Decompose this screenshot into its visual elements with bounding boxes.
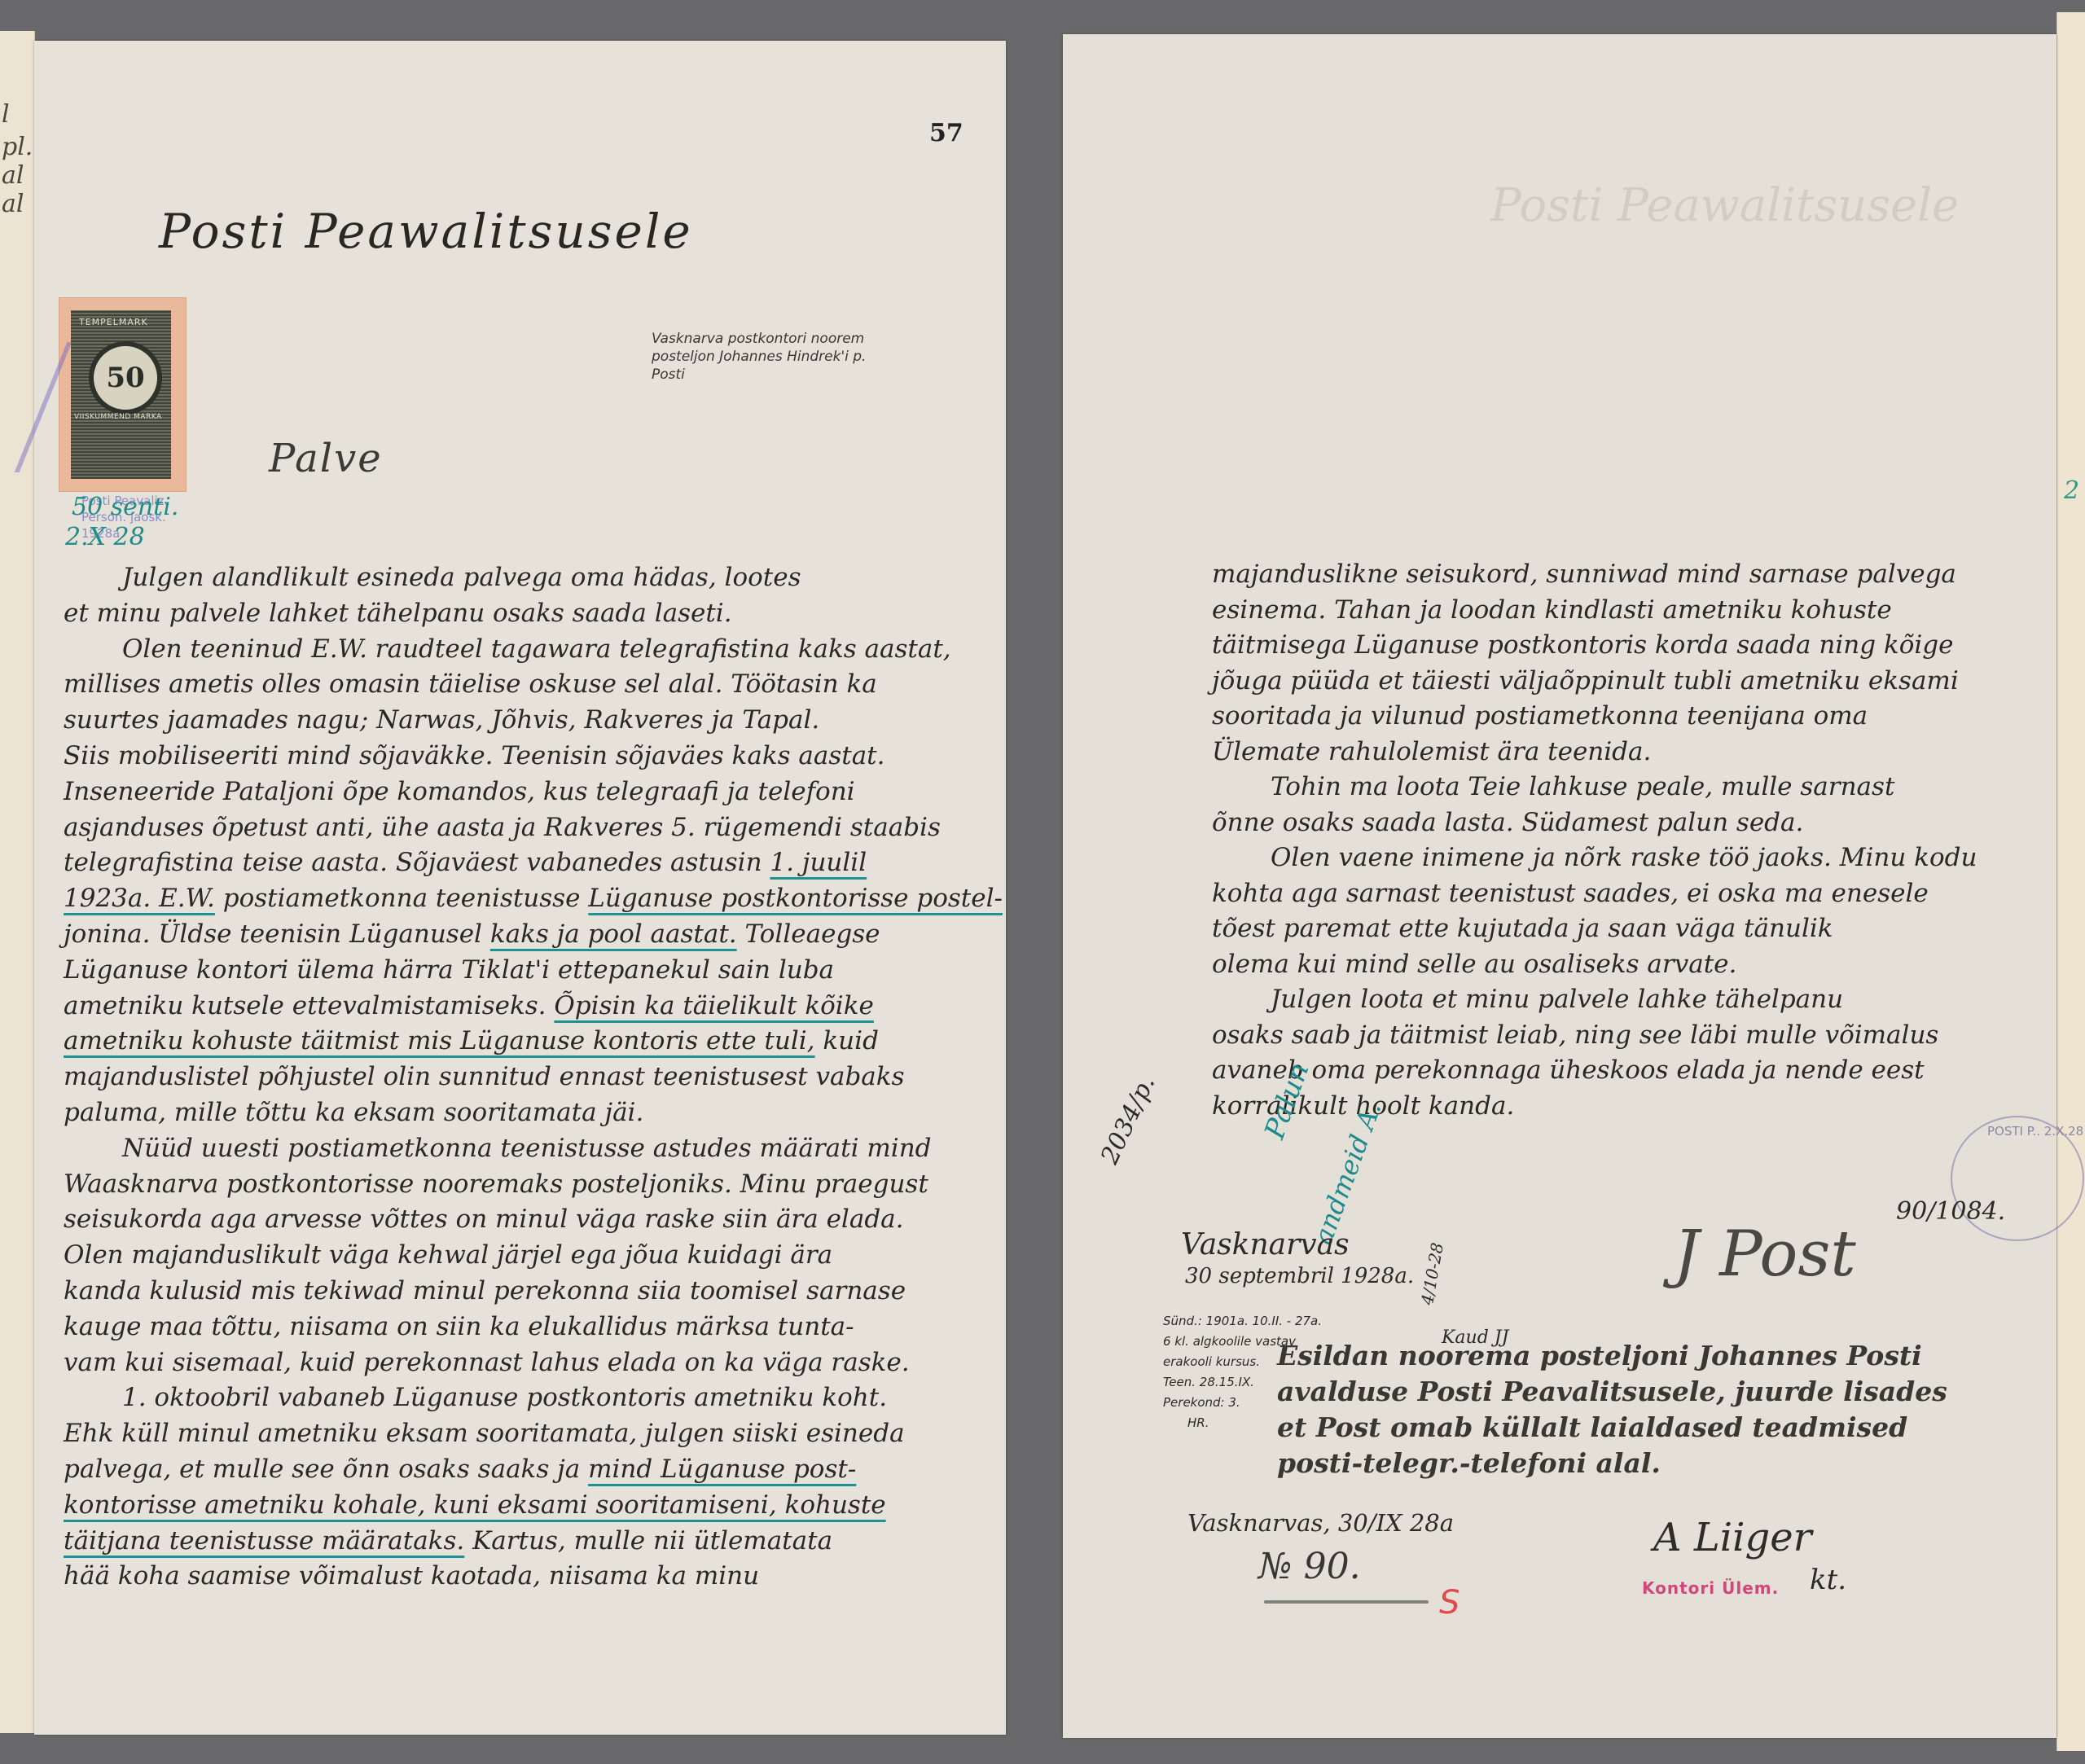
text-line: sooritada ja vilunud postiametkonna teen… (1212, 699, 2059, 735)
reference-number: 90/1084. (1896, 1197, 2005, 1226)
underlined-text: Õpisin ka täielikult kõike (554, 991, 873, 1020)
text-segment: ametniku kutsele ettevalmistamiseks. (64, 991, 554, 1020)
text-segment: Julgen loota et minu palvele lahke tähel… (1271, 985, 1843, 1014)
margin-fragment: al (2, 190, 24, 218)
sender-line: Posti (652, 366, 994, 384)
text-line: Lüganuse kontori ülema härra Tiklat'i et… (64, 953, 992, 989)
text-segment: esinema. Tahan ja loodan kindlasti ametn… (1212, 595, 1892, 625)
text-segment: asjanduses õpetust anti, ühe aasta ja Ra… (64, 813, 941, 842)
next-page-edge (2056, 12, 2085, 1751)
text-line: Tohin ma loota Teie lahkuse peale, mulle… (1212, 770, 2059, 805)
text-line: hää koha saamise võimalust kaotada, niis… (64, 1559, 992, 1595)
next-page-mark: 2 (2064, 476, 2079, 505)
text-line: jonina. Üldse teenisin Lüganusel kaks ja… (64, 917, 992, 953)
date: 30 septembril 1928a. (1185, 1264, 1414, 1288)
text-line: Julgen loota et minu palvele lahke tähel… (1212, 982, 2059, 1018)
text-line: suurtes jaamades nagu; Narwas, Jõhvis, R… (64, 703, 992, 739)
text-segment: postiametkonna teenistusse (215, 884, 588, 913)
text-line: kohta aga sarnast teenistust saades, ei … (1212, 876, 2059, 912)
date-annotation: 2.X 28 (65, 523, 145, 551)
text-segment: Olen teeninud E.W. raudteel tagawara tel… (122, 634, 951, 664)
text-segment: Waasknarva postkontorisse nooremaks post… (64, 1169, 928, 1199)
document-heading: Palve (269, 436, 383, 481)
text-line: Inseneeride Pataljoni õpe komandos, kus … (64, 774, 992, 810)
text-line: 1. oktoobril vabaneb Lüganuse postkontor… (64, 1380, 992, 1416)
sender-line: posteljon Johannes Hindrek'i p. (652, 348, 994, 366)
text-line: ametniku kohuste täitmist mis Lüganuse k… (64, 1024, 992, 1060)
text-segment: millises ametis olles omasin täielise os… (64, 669, 877, 699)
text-segment: majanduslistel põhjustel olin sunnitud e… (64, 1062, 904, 1091)
text-segment: kauge maa tõttu, niisama on siin ka eluk… (64, 1312, 854, 1341)
page-number: 57 (929, 119, 963, 147)
text-line: majanduslikne seisukord, sunniwad mind s… (1212, 557, 2059, 593)
letter-body-left: Julgen alandlikult esineda palvega oma h… (64, 560, 992, 1595)
chief-signature: A Liiger (1653, 1515, 1812, 1560)
text-segment: õnne osaks saada lasta. Südamest palun s… (1212, 808, 1803, 837)
text-segment: kohta aga sarnast teenistust saades, ei … (1212, 879, 1929, 908)
closing-number: № 90. (1258, 1546, 1361, 1587)
text-line: korralikult hoolt kanda. (1212, 1089, 2059, 1125)
text-line: Ülemate rahulolemist ära teenida. (1212, 735, 2059, 770)
text-segment: Tolleaegse (737, 919, 880, 949)
text-segment: palvega, et mulle see õnn osaks saaks ja (64, 1455, 588, 1484)
text-segment: Siis mobiliseeriti mind sõjaväkke. Teeni… (64, 741, 884, 770)
forwarding-line: posti-telegr.-telefoni alal. (1277, 1446, 2059, 1481)
forwarding-line: et Post omab küllalt laialdased teadmise… (1277, 1410, 2059, 1446)
margin-fragment: pl. (2, 133, 33, 161)
underlined-text: ametniku kohuste täitmist mis Lüganuse k… (64, 1026, 815, 1055)
text-line: kanda kulusid mis tekiwad minul perekonn… (64, 1274, 992, 1310)
addressee-title: Posti Peawalitsusele (159, 204, 693, 259)
text-line: õnne osaks saada lasta. Südamest palun s… (1212, 805, 2059, 841)
text-line: majanduslistel põhjustel olin sunnitud e… (64, 1060, 992, 1095)
fee-annotation: 50 senti. (72, 493, 178, 521)
text-segment: Olen majanduslikult väga kehwal järjel e… (64, 1240, 832, 1270)
margin-fragment: l (2, 100, 10, 129)
text-segment: Olen vaene inimene ja nõrk raske töö jao… (1271, 843, 1977, 872)
stamp-top-text: TEMPELMARK (79, 317, 148, 327)
underlined-text: kontorisse ametniku kohale, kuni eksami … (64, 1490, 886, 1520)
text-line: Siis mobiliseeriti mind sõjaväkke. Teeni… (64, 739, 992, 774)
underlined-text: kaks ja pool aastat. (490, 919, 737, 949)
text-segment: kanda kulusid mis tekiwad minul perekonn… (64, 1276, 906, 1305)
underlined-text: täitjana teenistusse määrataks. (64, 1526, 464, 1556)
text-line: jõuga püüda et täiesti väljaõppinult tub… (1212, 664, 2059, 700)
text-line: tõest paremat ette kujutada ja saan väga… (1212, 911, 2059, 947)
text-line: et minu palvele lahket tähelpanu osaks s… (64, 596, 992, 632)
text-segment: jonina. Üldse teenisin Lüganusel (64, 919, 490, 949)
sender-block: Vasknarva postkontori noorem posteljon J… (652, 330, 994, 384)
forwarding-note: Esildan noorema posteljoni Johannes Post… (1277, 1338, 2059, 1481)
text-line: telegrafistina teise aasta. Sõjaväest va… (64, 845, 992, 881)
text-line: täitmisega Lüganuse postkontoris korda s… (1212, 628, 2059, 664)
underlined-text: mind Lüganuse post- (588, 1455, 856, 1484)
closing-underline (1264, 1600, 1429, 1604)
text-line: kontorisse ametniku kohale, kuni eksami … (64, 1488, 992, 1524)
text-segment: et minu palvele lahket tähelpanu osaks s… (64, 599, 732, 628)
underlined-text: 1. juulil (770, 848, 867, 877)
text-line: millises ametis olles omasin täielise os… (64, 667, 992, 703)
text-segment: avaneb oma perekonnaga üheskoos elada ja… (1212, 1055, 1925, 1085)
text-segment: hää koha saamise võimalust kaotada, niis… (64, 1561, 759, 1591)
text-line: vam kui sisemaal, kuid perekonnast lahus… (64, 1345, 992, 1381)
text-line: Julgen alandlikult esineda palvega oma h… (64, 560, 992, 596)
text-segment: Ülemate rahulolemist ära teenida. (1212, 737, 1651, 766)
text-line: Nüüd uuesti postiametkonna teenistusse a… (64, 1131, 992, 1167)
text-line: Olen majanduslikult väga kehwal järjel e… (64, 1238, 992, 1274)
text-segment: täitmisega Lüganuse postkontoris korda s… (1212, 630, 1953, 660)
text-line: Olen vaene inimene ja nõrk raske töö jao… (1212, 840, 2059, 876)
forwarding-line: Esildan noorema posteljoni Johannes Post… (1277, 1338, 2059, 1374)
text-segment: majanduslikne seisukord, sunniwad mind s… (1212, 559, 1956, 589)
underlined-text: 1923a. E.W. (64, 884, 215, 913)
text-segment: olema kui mind selle au osaliseks arvate… (1212, 950, 1736, 979)
note-line: Sünd.: 1901a. 10.II. - 27a. (1163, 1311, 1322, 1332)
text-segment: Inseneeride Pataljoni õpe komandos, kus … (64, 777, 855, 806)
chief-suffix: kt. (1810, 1564, 1846, 1596)
text-segment: suurtes jaamades nagu; Narwas, Jõhvis, R… (64, 705, 819, 735)
sender-line: Vasknarva postkontori noorem (652, 330, 994, 348)
closing-place-date: Vasknarvas, 30/IX 28a (1187, 1509, 1454, 1537)
text-segment: Tohin ma loota Teie lahkuse peale, mulle… (1271, 772, 1894, 801)
text-line: asjanduses õpetust anti, ühe aasta ja Ra… (64, 810, 992, 846)
text-segment: 1. oktoobril vabaneb Lüganuse postkontor… (122, 1383, 887, 1412)
bleed-through-title: Posti Peawalitsusele (1490, 179, 1959, 232)
text-segment: Ehk küll minul ametniku eksam sooritamat… (64, 1419, 905, 1448)
text-segment: vam kui sisemaal, kuid perekonnast lahus… (64, 1348, 910, 1377)
text-line: palvega, et mulle see õnn osaks saaks ja… (64, 1452, 992, 1488)
text-segment: Julgen alandlikult esineda palvega oma h… (122, 563, 801, 592)
letter-body-right: majanduslikne seisukord, sunniwad mind s… (1212, 557, 2059, 1124)
text-line: Olen teeninud E.W. raudteel tagawara tel… (64, 632, 992, 668)
applicant-signature: J Post (1674, 1218, 1856, 1291)
text-segment: Lüganuse kontori ülema härra Tiklat'i et… (64, 955, 834, 985)
postmark-text: POSTI P.. 2.X.28 (1987, 1124, 2083, 1139)
text-line: avaneb oma perekonnaga üheskoos elada ja… (1212, 1053, 2059, 1089)
text-line: osaks saab ja täitmist leiab, ning see l… (1212, 1018, 2059, 1054)
text-line: esinema. Tahan ja loodan kindlasti ametn… (1212, 593, 2059, 629)
text-line: 1923a. E.W. postiametkonna teenistusse L… (64, 881, 992, 917)
text-line: täitjana teenistusse määrataks. Kartus, … (64, 1524, 992, 1560)
text-segment: osaks saab ja täitmist leiab, ning see l… (1212, 1020, 1938, 1050)
underlined-text: Lüganuse postkontorisse postel- (588, 884, 1003, 913)
text-line: kauge maa tõttu, niisama on siin ka eluk… (64, 1310, 992, 1345)
text-segment: telegrafistina teise aasta. Sõjaväest va… (64, 848, 770, 877)
margin-fragment: al (2, 161, 24, 190)
text-line: paluma, mille tõttu ka eksam sooritamata… (64, 1095, 992, 1131)
text-segment: kuid (815, 1026, 879, 1055)
text-segment: paluma, mille tõttu ka eksam sooritamata… (64, 1098, 643, 1127)
text-line: Ehk küll minul ametniku eksam sooritamat… (64, 1416, 992, 1452)
text-segment: Nüüd uuesti postiametkonna teenistusse a… (122, 1134, 932, 1163)
office-chief-stamp: Kontori Ülem. (1642, 1578, 1779, 1598)
forwarding-line: avalduse Posti Peavalitsusele, juurde li… (1277, 1374, 2059, 1410)
text-line: ametniku kutsele ettevalmistamiseks. Õpi… (64, 989, 992, 1025)
place: Vasknarvas (1181, 1228, 1350, 1262)
text-segment: seisukorda aga arvesse võttes on minul v… (64, 1205, 904, 1234)
text-segment: tõest paremat ette kujutada ja saan väga… (1212, 914, 1833, 943)
previous-page-edge: l pl. al al (0, 31, 35, 1733)
text-segment: jõuga püüda et täiesti väljaõppinult tub… (1212, 666, 1959, 696)
text-segment: Kartus, mulle nii ütlematata (464, 1526, 832, 1556)
text-line: olema kui mind selle au osaliseks arvate… (1212, 947, 2059, 983)
text-segment: sooritada ja vilunud postiametkonna teen… (1212, 701, 1868, 731)
red-pencil-mark: S (1439, 1584, 1459, 1621)
text-line: Waasknarva postkontorisse nooremaks post… (64, 1167, 992, 1203)
text-line: seisukorda aga arvesse võttes on minul v… (64, 1202, 992, 1238)
